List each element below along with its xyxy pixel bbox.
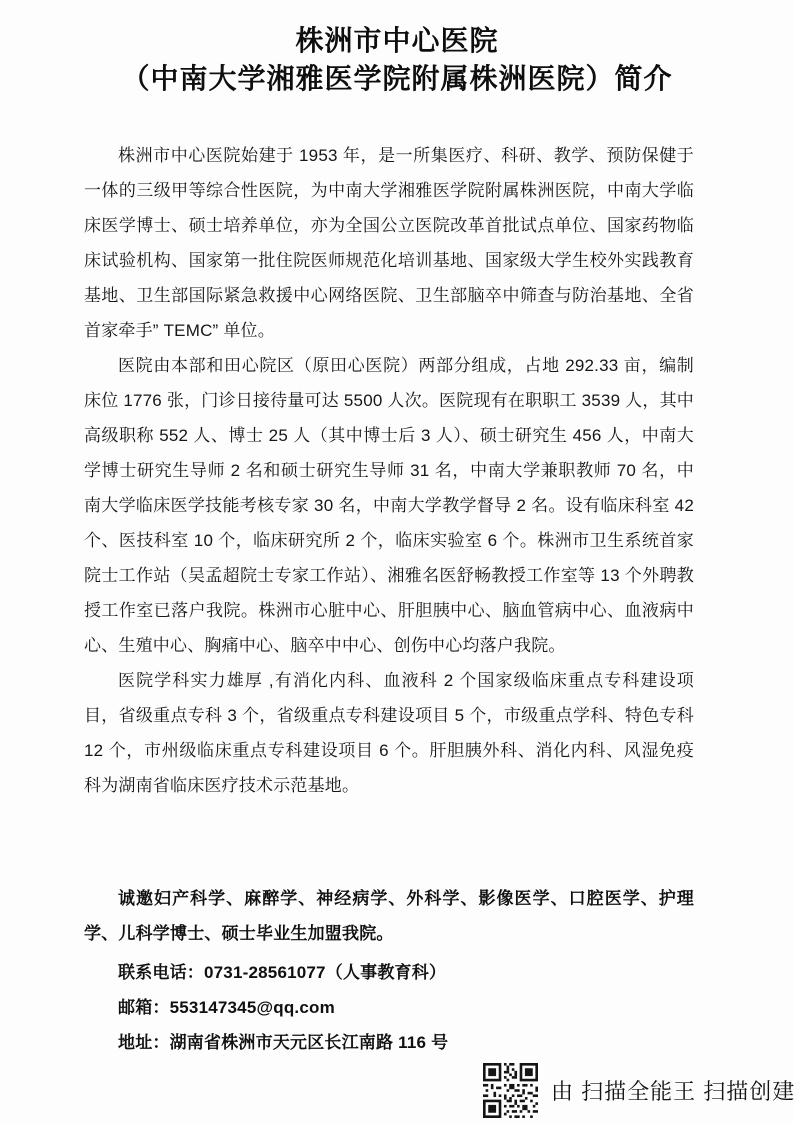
scanner-watermark: 由 扫描全能王 扫描创建 bbox=[483, 1063, 794, 1118]
title-line-2: （中南大学湘雅医学院附属株洲医院）简介 bbox=[0, 60, 794, 98]
scanned-document-page: 株洲市中心医院 （中南大学湘雅医学院附属株洲医院）简介 株洲市中心医院始建于 1… bbox=[0, 0, 794, 1123]
recruitment-notice: 诚邀妇产科学、麻醉学、神经病学、外科学、影像医学、口腔医学、护理学、儿科学博士、… bbox=[84, 881, 694, 951]
paragraph-facilities-staff: 医院由本部和田心院区（原田心医院）两部分组成，占地 292.33 亩，编制床位 … bbox=[84, 348, 694, 663]
title-line-1: 株洲市中心医院 bbox=[0, 22, 794, 60]
paragraph-hospital-history: 株洲市中心医院始建于 1953 年，是一所集医疗、科研、教学、预防保健于一体的三… bbox=[84, 138, 694, 348]
contact-address: 地址：湖南省株洲市天元区长江南路 116 号 bbox=[84, 1025, 694, 1060]
scanner-credit-text: 由 扫描全能王 扫描创建 bbox=[551, 1075, 794, 1106]
qr-code-icon bbox=[483, 1063, 538, 1118]
paragraph-key-specialties: 医院学科实力雄厚 ,有消化内科、血液科 2 个国家级临床重点专科建设项目，省级重… bbox=[84, 663, 694, 803]
document-body: 株洲市中心医院始建于 1953 年，是一所集医疗、科研、教学、预防保健于一体的三… bbox=[84, 138, 694, 1060]
contact-info: 联系电话：0731-28561077（人事教育科） 邮箱：553147345@q… bbox=[84, 955, 694, 1060]
contact-email: 邮箱：553147345@qq.com bbox=[84, 990, 694, 1025]
contact-phone: 联系电话：0731-28561077（人事教育科） bbox=[84, 955, 694, 990]
document-title: 株洲市中心医院 （中南大学湘雅医学院附属株洲医院）简介 bbox=[0, 22, 794, 98]
